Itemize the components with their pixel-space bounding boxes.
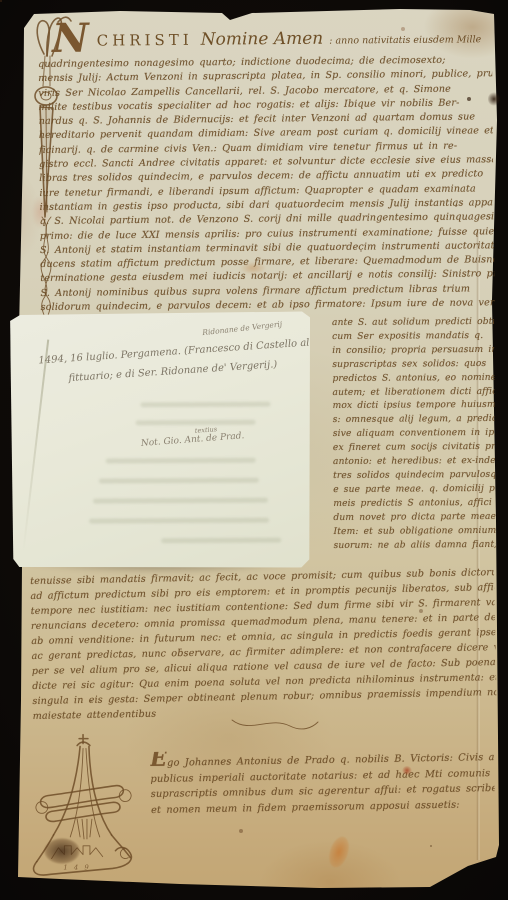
archival-note: Ridonane de Vergerij 1494, 16 luglio. Pe…	[10, 311, 311, 569]
illuminated-initial: N	[52, 15, 91, 62]
note-annotation-main: Not. Gio. Ant. de Prad.	[141, 431, 245, 450]
manuscript-line: ex fineret cum socijs civitatis predicte	[333, 441, 495, 456]
manuscript-line: cum Ser expositis mandatis q.	[332, 330, 494, 345]
bleed-through-text	[93, 498, 268, 504]
manuscript-text-block-1: quadringentesimo nonagesimo quarto; indi…	[38, 53, 495, 318]
parchment-speckles	[0, 0, 2, 2]
manuscript-line: meis predictis S antonius, affici sive	[333, 497, 495, 512]
manuscript-line: sive aliquam conventionem in ipsius inst…	[333, 427, 495, 442]
manuscript-line: e sue parte meae. q. domicilij pictores	[333, 483, 495, 498]
manuscript-line: suorum: ne ab aliis damna fiant; et expe…	[334, 538, 496, 553]
bleed-through-text	[140, 402, 270, 408]
heading-continuation: : anno nativitatis eiusdem Mille	[329, 34, 481, 46]
note-corner-inscription: Ridonane de Vergerij	[202, 319, 283, 337]
manuscript-line: suprascriptas sex solidos: quos	[332, 358, 494, 373]
photo-background: NCHRISTINomine Amen: anno nativitatis ei…	[0, 0, 508, 900]
document-heading: NCHRISTINomine Amen: anno nativitatis ei…	[52, 18, 492, 56]
notarial-sign-icon: 1 4 9	[26, 730, 144, 878]
heading-script: Nomine Amen	[201, 29, 324, 50]
manuscript-line: autem; et liberationem dicti affictus	[332, 385, 494, 400]
bleed-through-text	[99, 478, 259, 484]
manuscript-text-right-column: ante S. aut solidum predicti obtinu-cum …	[332, 316, 496, 557]
manuscript-line: in consilio; propria persuasum in	[332, 344, 494, 359]
manuscript-line: tres solidos quindecim parvulosque	[333, 469, 495, 484]
paragraph-end-flourish-icon	[230, 714, 320, 736]
note-date-line: 1494, 16 luglio. Pergamena. (Francesco d…	[38, 337, 322, 367]
bleed-through-text	[161, 538, 281, 544]
manuscript-line: antonio: et heredibus: et ex-inde scrips…	[333, 455, 495, 470]
manuscript-line: mox dicti ipsius tempore huiusmodi	[333, 399, 495, 414]
note-fold-crease	[22, 339, 49, 553]
manuscript-line: s: omnesque alij legum, a predicta	[333, 413, 495, 428]
note-second-line: fittuario; e di Ser. Ridonane de' Verger…	[68, 359, 277, 384]
notary-signature-block: Ego Johannes Antonius de Prado q. nobili…	[150, 746, 495, 822]
manuscript-line: dum novet pro dicta parte meae:	[333, 511, 495, 526]
bleed-through-text	[89, 518, 269, 524]
manuscript-line: predictos S. antonius, eo nomine	[332, 371, 494, 386]
manuscript-text-block-2: tenuisse sibi mandatis firmavit; ac feci…	[30, 565, 497, 730]
manuscript-line: Item: et sub obligatione omnium e singul…	[333, 524, 495, 539]
manuscript-line: ante S. aut solidum predicti obtinu-	[332, 316, 494, 331]
note-center-annotation: textius Not. Gio. Ant. de Prad.	[140, 424, 245, 450]
bleed-through-text	[106, 458, 256, 464]
mark-inscription: 1 4 9	[63, 863, 90, 871]
heading-caps: CHRISTI	[97, 31, 193, 50]
